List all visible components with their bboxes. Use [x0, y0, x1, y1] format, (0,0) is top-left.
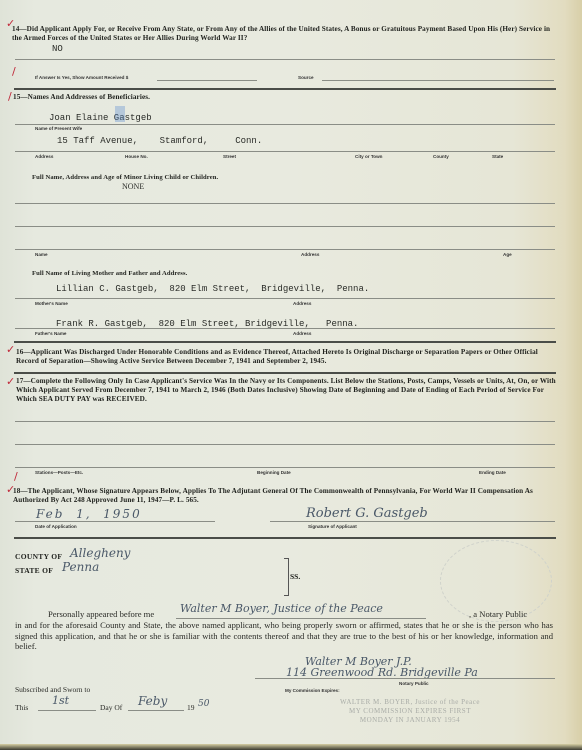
mother-address-label: Address — [293, 301, 311, 306]
stamp-line: MONDAY IN JANUARY 1954 — [330, 716, 490, 725]
state-label: STATE OF — [15, 566, 53, 575]
notary-public-label: Notary Public — [399, 681, 429, 686]
check-mark-icon: ✓ — [6, 344, 15, 355]
wife-name-label: Name of Present Wife — [35, 126, 82, 131]
check-mark-icon: / — [14, 471, 18, 482]
child-name-label: Name — [35, 252, 48, 257]
question-text: —Applicant Was Discharged Under Honorabl… — [16, 348, 538, 365]
appeared-name-value[interactable]: Walter M Boyer, Justice of the Peace — [180, 602, 430, 615]
wife-name-line — [15, 124, 555, 125]
question-15: 15—Names And Addresses of Beneficiaries. — [13, 93, 150, 102]
street-label: Street — [223, 154, 236, 159]
section-divider — [14, 537, 556, 539]
ss-label: SS. — [290, 572, 300, 581]
signature-label: Signature of Applicant — [308, 524, 357, 529]
county-value[interactable]: Allegheny — [70, 546, 130, 560]
check-mark-icon: / — [8, 91, 12, 102]
stamp-line: MY COMMISSION EXPIRES FIRST — [330, 707, 490, 716]
check-mark-icon: ✓ — [6, 376, 15, 387]
question-heading: —Names And Addresses of Beneficiaries. — [20, 93, 150, 101]
mother-label: Mother's Name — [35, 301, 68, 306]
wife-address-line — [15, 151, 555, 152]
mother-value[interactable]: Lillian C. Gastgeb, 820 Elm Street, Brid… — [56, 284, 369, 294]
month-value[interactable]: Feby — [138, 694, 167, 708]
county-label: County — [433, 154, 449, 159]
child-age-label: Age — [503, 252, 512, 257]
source-label: Source — [298, 75, 314, 80]
check-mark-icon: / — [12, 66, 16, 77]
children-line-1 — [15, 203, 555, 204]
wife-name-value[interactable]: Joan Elaine Gastgeb — [49, 113, 152, 123]
source-field[interactable] — [322, 80, 554, 81]
section-divider — [14, 372, 556, 374]
page-edge — [0, 744, 582, 750]
month-line — [128, 710, 184, 711]
address-label: Address — [35, 154, 53, 159]
father-label: Father's Name — [35, 331, 66, 336]
mother-line — [15, 298, 555, 299]
section-divider — [14, 341, 556, 343]
question-17: 17—Complete the Following Only In Case A… — [16, 377, 556, 404]
beginning-date-label: Beginning Date — [257, 470, 291, 475]
stations-label: Stations—Posts—Etc. — [35, 470, 83, 475]
question-text: —Did Applicant Apply For, or Receive Fro… — [12, 25, 550, 42]
parents-heading: Full Name of Living Mother and Father an… — [32, 269, 187, 278]
wife-address-value[interactable]: 15 Taff Avenue, Stamford, Conn. — [57, 136, 262, 146]
appeared-prefix: Personally appeared before me — [48, 609, 154, 620]
ink-blot — [115, 106, 125, 122]
question-text: —The Applicant, Whose Signature Appears … — [13, 487, 533, 504]
children-heading: Full Name, Address and Age of Minor Livi… — [32, 173, 218, 182]
ending-date-label: Ending Date — [479, 470, 506, 475]
notary-line — [255, 678, 555, 679]
answer-line — [15, 59, 555, 60]
this-label: This — [15, 703, 28, 714]
question-14: 14—Did Applicant Apply For, or Receive F… — [12, 25, 557, 43]
children-line-3 — [15, 249, 555, 250]
father-line — [15, 328, 555, 329]
day-line — [38, 710, 96, 711]
signature-line — [270, 521, 555, 522]
stamp-line: WALTER M. BOYER, Justice of the Peace — [330, 698, 490, 707]
question-text: —Complete the Following Only In Case App… — [16, 377, 556, 403]
service-line-2 — [15, 444, 555, 445]
city-label: City or Town — [355, 154, 382, 159]
application-date-value[interactable]: Feb 1, 1950 — [36, 507, 142, 521]
service-line-3 — [15, 467, 555, 468]
oath-paragraph: in and for the aforesaid County and Stat… — [15, 620, 553, 652]
child-address-label: Address — [301, 252, 319, 257]
father-address-label: Address — [293, 331, 311, 336]
year-value[interactable]: 50 — [198, 699, 209, 709]
children-value[interactable]: NONE — [122, 182, 144, 191]
question-16: 16—Applicant Was Discharged Under Honora… — [16, 348, 556, 366]
section-divider — [14, 88, 556, 90]
appeared-suffix: , a Notary Public — [469, 609, 527, 620]
day-of-label: Day Of — [100, 703, 122, 714]
state-value[interactable]: Penna — [62, 560, 99, 574]
appeared-line — [176, 618, 426, 619]
amount-field[interactable] — [157, 80, 257, 81]
state-label: State — [492, 154, 503, 159]
bracket — [284, 558, 289, 596]
question-18: 18—The Applicant, Whose Signature Appear… — [13, 487, 558, 505]
year-prefix: 19 — [187, 703, 195, 714]
county-label: COUNTY OF — [15, 552, 62, 561]
service-line-1 — [15, 421, 555, 422]
house-no-label: House No. — [125, 154, 148, 159]
applicant-signature-value[interactable]: Robert G. Gastgeb — [306, 506, 428, 521]
q14-answer[interactable]: NO — [52, 44, 63, 54]
amount-label: If Answer Is Yes, Show Amount Received $ — [35, 75, 128, 80]
children-line-2 — [15, 226, 555, 227]
date-label: Date of Application — [35, 524, 77, 529]
notary-stamp: WALTER M. BOYER, Justice of the Peace MY… — [330, 698, 490, 725]
day-value[interactable]: 1st — [52, 694, 69, 707]
commission-label: My Commission Expires: — [285, 688, 340, 693]
date-line — [15, 521, 215, 522]
